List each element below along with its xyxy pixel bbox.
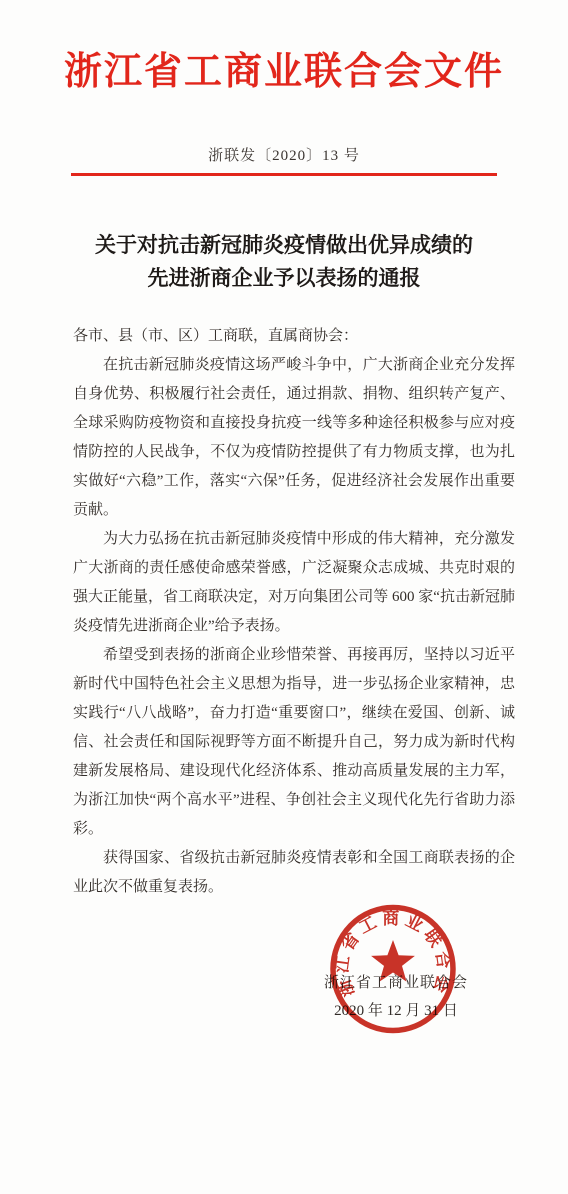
document-header-title: 浙江省工商业联合会文件 — [0, 48, 568, 96]
header-divider-line — [71, 173, 497, 176]
salutation-line: 各市、县（市、区）工商联，直属商协会： — [73, 322, 515, 351]
document-body: 各市、县（市、区）工商联，直属商协会： 在抗击新冠肺炎疫情这场严峻斗争中，广大浙… — [73, 322, 515, 902]
seal-star-icon — [371, 940, 415, 982]
body-paragraph-1: 在抗击新冠肺炎疫情这场严峻斗争中，广大浙商企业充分发挥自身优势、积极履行社会责任… — [73, 351, 515, 525]
document-title-line1: 关于对抗击新冠肺炎疫情做出优异成绩的 — [0, 229, 568, 262]
document-title: 关于对抗击新冠肺炎疫情做出优异成绩的 先进浙商企业予以表扬的通报 — [0, 229, 568, 295]
document-number: 浙联发〔2020〕13 号 — [0, 144, 568, 165]
body-paragraph-2: 为大力弘扬在抗击新冠肺炎疫情中形成的伟大精神，充分激发广大浙商的责任感使命感荣誉… — [73, 525, 515, 641]
document-title-line2: 先进浙商企业予以表扬的通报 — [0, 262, 568, 295]
body-paragraph-3: 希望受到表扬的浙商企业珍惜荣誉、再接再厉，坚持以习近平新时代中国特色社会主义思想… — [73, 641, 515, 844]
official-seal: 浙江省工商业联合会 — [318, 894, 468, 1044]
official-document-page: 浙江省工商业联合会文件 浙联发〔2020〕13 号 关于对抗击新冠肺炎疫情做出优… — [0, 0, 568, 1194]
